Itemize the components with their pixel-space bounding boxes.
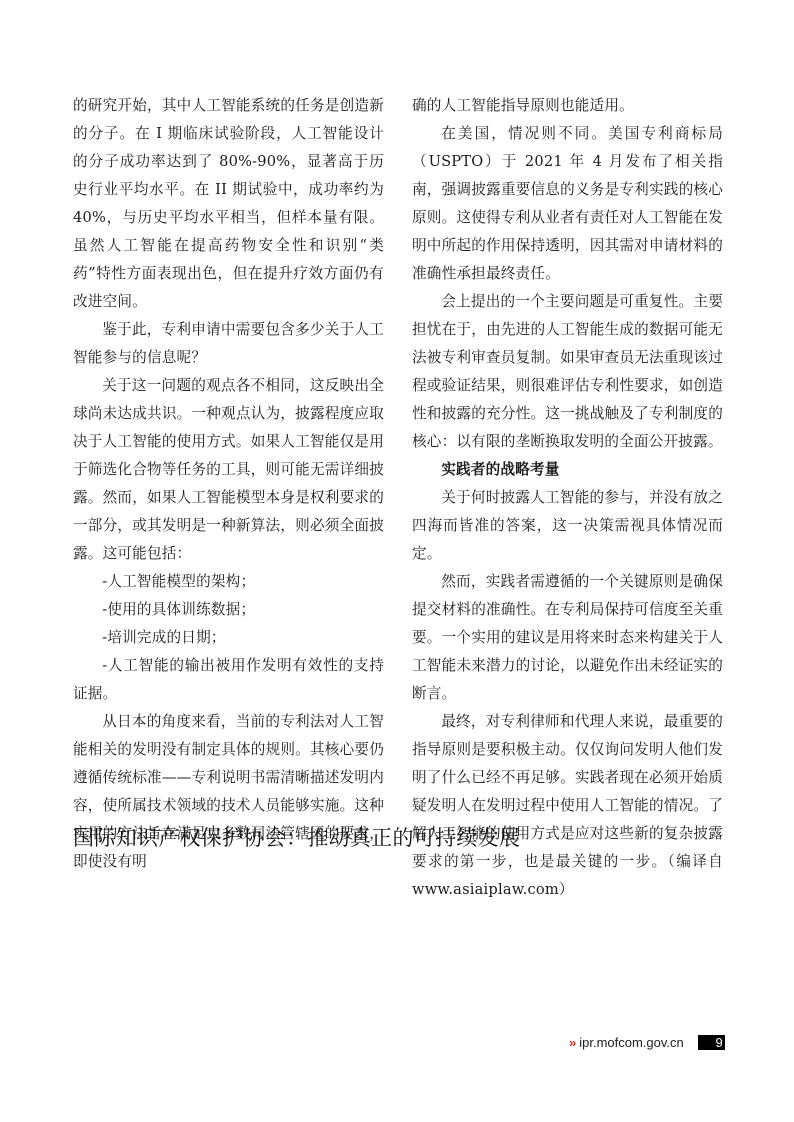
body-paragraph: 的研究开始，其中人工智能系统的任务是创造新的分子。在 I 期临床试验阶段，人工智…: [73, 92, 384, 316]
next-article-title: 国际知识产权保护协会：推动真正的可持续发展: [73, 822, 520, 852]
list-item: -培训完成的日期；: [73, 624, 384, 652]
website-link[interactable]: ipr.mofcom.gov.cn: [579, 1035, 684, 1050]
body-paragraph: 关于何时披露人工智能的参与，并没有放之四海而皆准的答案，这一决策需视具体情况而定…: [412, 484, 723, 568]
section-heading: 实践者的战略考量: [412, 456, 723, 484]
list-item: -人工智能的输出被用作发明有效性的支持证据。: [73, 652, 384, 708]
body-paragraph: 鉴于此，专利申请中需要包含多少关于人工智能参与的信息呢？: [73, 316, 384, 372]
body-paragraph: 会上提出的一个主要问题是可重复性。主要担忧在于，由先进的人工智能生成的数据可能无…: [412, 288, 723, 456]
left-text-column: 的研究开始，其中人工智能系统的任务是创造新的分子。在 I 期临床试验阶段，人工智…: [73, 92, 384, 876]
body-paragraph: 关于这一问题的观点各不相同，这反映出全球尚未达成共识。一种观点认为，披露程度应取…: [73, 372, 384, 568]
page-footer: » ipr.mofcom.gov.cn 9: [569, 1035, 725, 1050]
page-number: 9: [698, 1035, 725, 1050]
right-text-column: 确的人工智能指导原则也能适用。 在美国，情况则不同。美国专利商标局（USPTO）…: [412, 92, 723, 904]
body-paragraph: 确的人工智能指导原则也能适用。: [412, 92, 723, 120]
double-chevron-right-icon: »: [569, 1035, 574, 1050]
body-paragraph: 然而，实践者需遵循的一个关键原则是确保提交材料的准确性。在专利局保持可信度至关重…: [412, 568, 723, 708]
list-item: -使用的具体训练数据；: [73, 596, 384, 624]
body-paragraph: 在美国，情况则不同。美国专利商标局（USPTO）于 2021 年 4 月发布了相…: [412, 120, 723, 288]
body-paragraph: 最终，对专利律师和代理人来说，最重要的指导原则是要积极主动。仅仅询问发明人他们发…: [412, 708, 723, 904]
list-item: -人工智能模型的架构；: [73, 568, 384, 596]
